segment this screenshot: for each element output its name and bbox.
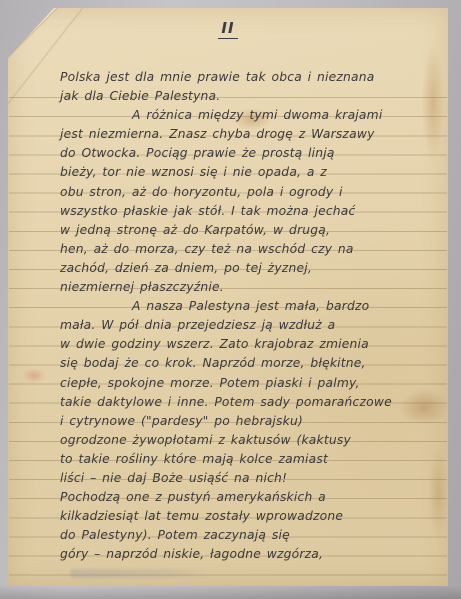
letter-line: liści – nie daj Boże usiąść na nich!: [60, 469, 446, 488]
letter-line: mała. W pół dnia przejedziesz ją wzdłuż …: [60, 316, 446, 335]
scan-background: II Polska jest dla mnie prawie tak obca …: [0, 0, 461, 599]
letter-line: w jedną stronę aż do Karpatów, w drugą,: [60, 221, 446, 240]
letter-line: wszystko płaskie jak stół. I tak można j…: [60, 202, 446, 221]
letter-line: do Otwocka. Pociąg prawie że prostą linj…: [60, 144, 446, 163]
letter-line: ogrodzone żywopłotami z kaktusów (kaktus…: [60, 431, 446, 450]
letter-line: zachód, dzień za dniem, po tej żyznej,: [60, 259, 446, 278]
letter-line: niezmiernej płaszczyźnie.: [60, 278, 446, 297]
letter-line: to takie rośliny które mają kolce zamias…: [60, 450, 446, 469]
letter-page: II Polska jest dla mnie prawie tak obca …: [8, 8, 448, 586]
page-number-label: II: [218, 19, 237, 39]
letter-line: Pochodzą one z pustyń amerykańskich a: [60, 488, 446, 507]
letter-line: jak dla Ciebie Palestyna.: [60, 87, 446, 106]
letter-line: kilkadziesiąt lat temu zostały wprowadzo…: [60, 507, 446, 526]
letter-line: obu stron, aż do horyzontu, pola i ogrod…: [60, 183, 446, 202]
page-number: II: [8, 19, 448, 37]
stain: [22, 368, 46, 383]
letter-line: hen, aż do morza, czy też na wschód czy …: [60, 240, 446, 259]
letter-body: Polska jest dla mnie prawie tak obca i n…: [60, 68, 446, 564]
letter-line: do Palestyny). Potem zaczynają się: [60, 526, 446, 545]
letter-line: góry – naprzód niskie, łagodne wzgórza,: [60, 545, 446, 564]
letter-line: i cytrynowe ("pardesy" po hebrajsku): [60, 412, 446, 431]
letter-line: bieży, tor nie wznosi się i nie opada, a…: [60, 163, 446, 182]
letter-line: się bodaj że co krok. Naprzód morze, błę…: [60, 354, 446, 373]
letter-line: w dwie godziny wszerz. Zato krajobraz zm…: [60, 335, 446, 354]
letter-line: jest niezmierna. Znasz chyba drogę z War…: [60, 125, 446, 144]
faint-archive-mark: [70, 569, 210, 578]
letter-line: A nasza Palestyna jest mała, bardzo: [60, 297, 446, 316]
letter-line: ciepłe, spokojne morze. Potem piaski i p…: [60, 374, 446, 393]
letter-line: Polska jest dla mnie prawie tak obca i n…: [60, 68, 446, 87]
letter-line: A różnica między tymi dwoma krajami: [60, 106, 446, 125]
letter-line: takie daktylowe i inne. Potem sady pomar…: [60, 393, 446, 412]
